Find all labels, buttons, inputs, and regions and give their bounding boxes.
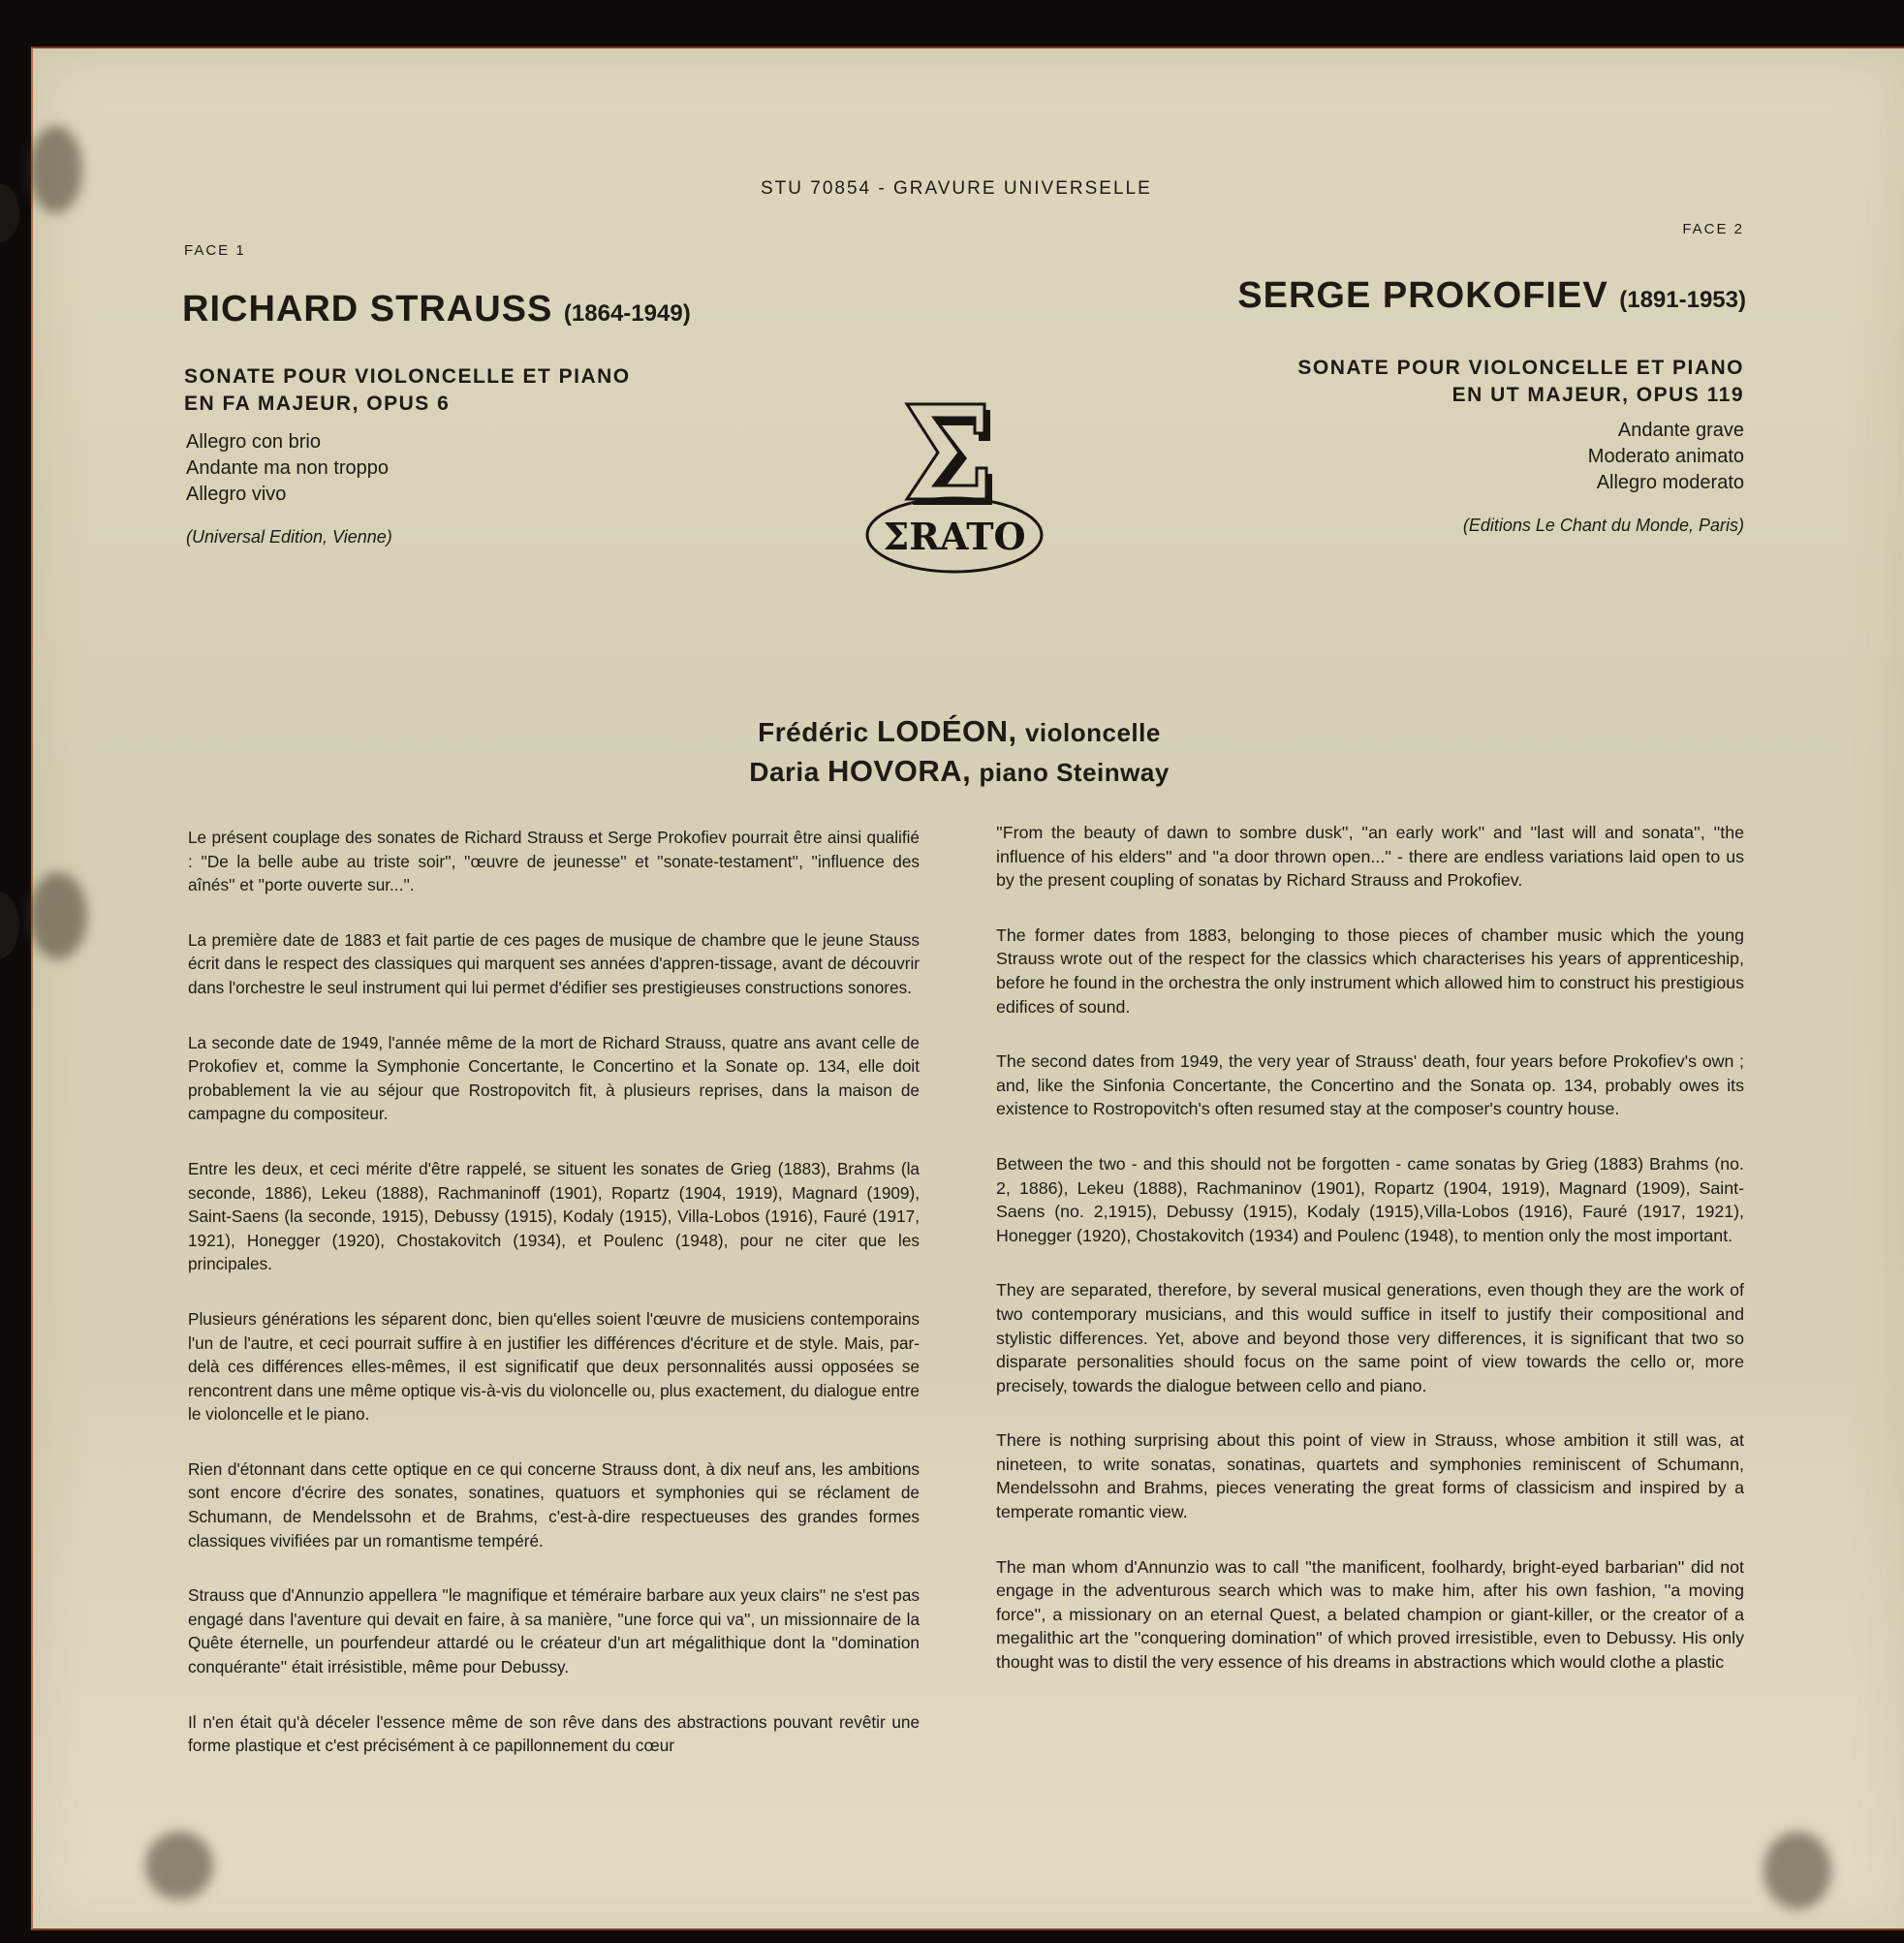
composer-name: SERGE PROKOFIEV: [1237, 275, 1607, 316]
catalog-number: STU 70854 - GRAVURE UNIVERSELLE: [761, 178, 1152, 200]
composer-dates: (1891-1953): [1619, 287, 1746, 313]
movement: Moderato animato: [1260, 444, 1744, 470]
movements-strauss: Allegro con brio Andante ma non troppo A…: [186, 429, 389, 508]
paragraph: Il n'en était qu'à déceler l'essence mêm…: [188, 1710, 920, 1758]
paragraph: ''From the beauty of dawn to sombre dusk…: [996, 821, 1744, 893]
holder-clip: [0, 892, 19, 959]
clip-shadow: [145, 1832, 213, 1899]
performers: Frédéric LODÉON, violoncelle Daria HOVOR…: [620, 712, 1298, 792]
paragraph: La première date de 1883 et fait partie …: [188, 928, 920, 1000]
work-title-strauss: SONATE POUR VIOLONCELLE ET PIANO EN FA M…: [184, 363, 631, 418]
paragraph: Plusieurs générations les séparent donc,…: [188, 1307, 920, 1426]
work-title-prokofiev: SONATE POUR VIOLONCELLE ET PIANO EN UT M…: [1066, 355, 1744, 409]
work-title-line: EN UT MAJEUR, OPUS 119: [1066, 382, 1744, 409]
paragraph: Strauss que d'Annunzio appellera ''le ma…: [188, 1583, 920, 1678]
clip-shadow: [1764, 1832, 1831, 1909]
composer-strauss: RICHARD STRAUSS (1864-1949): [182, 289, 691, 330]
composer-dates: (1864-1949): [564, 300, 691, 327]
movement: Allegro vivo: [186, 482, 389, 508]
paragraph: Rien d'étonnant dans cette optique en ce…: [188, 1457, 920, 1552]
paragraph: Entre les deux, et ceci mérite d'être ra…: [188, 1157, 920, 1276]
publisher-prokofiev: (Editions Le Chant du Monde, Paris): [1163, 516, 1744, 536]
movements-prokofiev: Andante grave Moderato animato Allegro m…: [1260, 418, 1744, 496]
face-2-label: FACE 2: [1453, 221, 1744, 237]
composer-name: RICHARD STRAUSS: [182, 289, 552, 329]
paragraph: There is nothing surprising about this p…: [996, 1428, 1744, 1523]
svg-text:ΣRATO: ΣRATO: [883, 515, 1025, 558]
movement: Andante grave: [1260, 418, 1744, 444]
clip-shadow: [29, 872, 87, 959]
paragraph: The second dates from 1949, the very yea…: [996, 1050, 1744, 1121]
paragraph: Between the two - and this should not be…: [996, 1152, 1744, 1247]
paragraph: La seconde date de 1949, l'année même de…: [188, 1031, 920, 1126]
paragraph: They are separated, therefore, by severa…: [996, 1278, 1744, 1397]
composer-prokofiev: SERGE PROKOFIEV (1891-1953): [1066, 275, 1746, 317]
face-1-label: FACE 1: [184, 242, 246, 259]
movement: Allegro con brio: [186, 429, 389, 455]
performer-line: Frédéric LODÉON, violoncelle: [620, 712, 1298, 752]
paragraph: The former dates from 1883, belonging to…: [996, 924, 1744, 1019]
sigma-icon: ΣRATO: [862, 397, 1046, 577]
paragraph: The man whom d'Annunzio was to call ''th…: [996, 1555, 1744, 1675]
work-title-line: EN FA MAJEUR, OPUS 6: [184, 391, 631, 418]
performer-line: Daria HOVORA, piano Steinway: [620, 752, 1298, 792]
holder-clip: [0, 184, 19, 242]
paragraph: Le présent couplage des sonates de Richa…: [188, 826, 920, 897]
publisher-strauss: (Universal Edition, Vienne): [186, 527, 392, 548]
erato-logo: ΣRATO: [862, 397, 1046, 577]
movement: Allegro moderato: [1260, 470, 1744, 496]
liner-notes-english: ''From the beauty of dawn to sombre dusk…: [996, 821, 1744, 1706]
work-title-line: SONATE POUR VIOLONCELLE ET PIANO: [1066, 355, 1744, 382]
work-title-line: SONATE POUR VIOLONCELLE ET PIANO: [184, 363, 631, 391]
liner-notes-french: Le présent couplage des sonates de Richa…: [188, 826, 920, 1789]
movement: Andante ma non troppo: [186, 455, 389, 482]
clip-shadow: [29, 126, 82, 213]
